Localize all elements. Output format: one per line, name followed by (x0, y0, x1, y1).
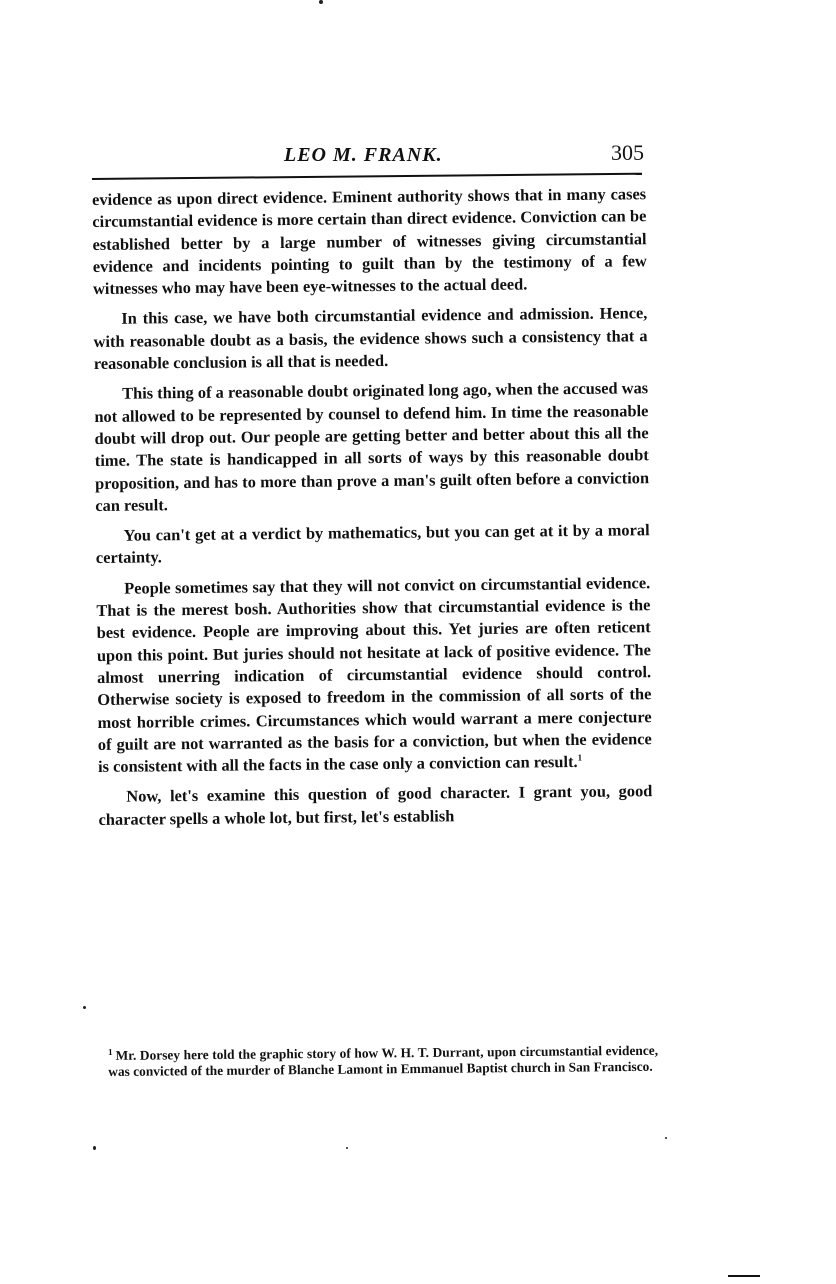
paragraph: Now, let's examine this question of good… (98, 781, 652, 831)
scan-edge-mark (728, 1275, 760, 1277)
ink-speck (665, 1137, 667, 1139)
paragraph: This thing of a reasonable doubt origina… (94, 378, 649, 518)
page-number: 305 (611, 140, 644, 166)
running-title: LEO M. FRANK. (284, 144, 443, 167)
paragraph: evidence as upon direct evidence. Eminen… (92, 183, 647, 300)
ink-speck (346, 1147, 348, 1149)
footnote-reference[interactable]: 1 (577, 753, 582, 763)
footnote-text: Mr. Dorsey here told the graphic story o… (108, 1043, 658, 1080)
paragraph: In this case, we have both circumstantia… (93, 303, 648, 376)
ink-speck (83, 1006, 86, 1009)
paragraph-with-footnote: People sometimes say that they will not … (96, 572, 652, 778)
book-page: LEO M. FRANK. 305 evidence as upon direc… (0, 0, 836, 1284)
paragraph: You can't get at a verdict by mathematic… (96, 519, 650, 569)
ink-speck (93, 1146, 96, 1150)
ink-speck (319, 0, 323, 4)
body-text: evidence as upon direct evidence. Eminen… (92, 183, 653, 839)
footnote: 1Mr. Dorsey here told the graphic story … (108, 1043, 658, 1081)
paragraph-text: People sometimes say that they will not … (96, 573, 652, 776)
footnote-marker: 1 (108, 1046, 113, 1056)
